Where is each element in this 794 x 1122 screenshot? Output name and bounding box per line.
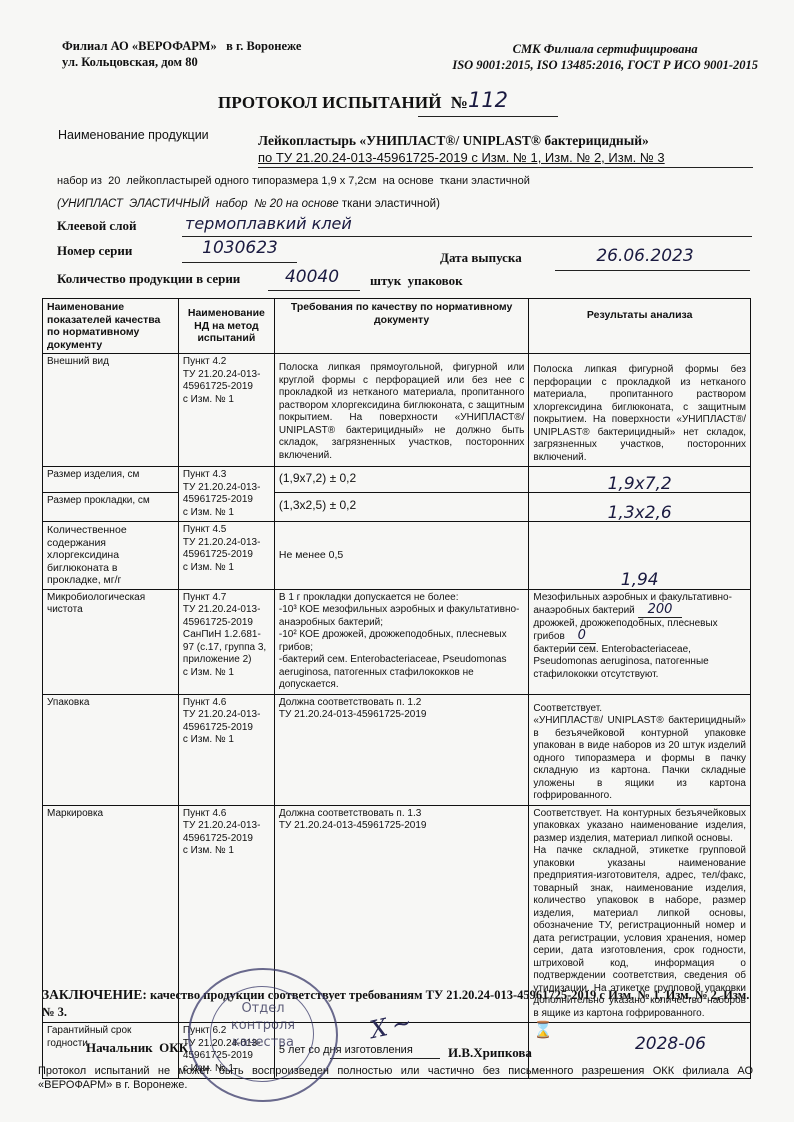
result-marking-p1: Соответствует. На контурных безъячейковы… — [533, 808, 746, 846]
table-row: Размер изделия, см Пункт 4.3 ТУ 21.20.24… — [43, 467, 751, 493]
release-date-label: Дата выпуска — [440, 250, 522, 266]
result-yeast-label: дрожжей, дрожжеподобных, плесневых грибо… — [533, 618, 717, 643]
signer-name: И.В.Хрипкова — [448, 1045, 532, 1061]
result-bacteria: бактерии сем. Enterobacteriaceae, Pseudo… — [533, 644, 708, 680]
product-name: Лейкопластырь «УНИПЛАСТ®/ UNIPLAST® бакт… — [258, 133, 649, 149]
expiry-value: 2028-06 — [533, 1038, 746, 1051]
table-row: Размер прокладки, см (1,3х2,5) ± 0,2 1,3… — [43, 493, 751, 522]
result-cell: 1,9х7,2 — [529, 467, 751, 493]
result-cell: 1,3х2,6 — [529, 493, 751, 522]
series-label: Номер серии — [57, 243, 132, 259]
org-address: ул. Кольцовская, дом 80 — [62, 54, 301, 70]
release-date-underline — [555, 270, 750, 271]
set-name: (УНИПЛАСТ ЭЛАСТИЧНЫЙ набор № 20 на основ… — [57, 198, 440, 210]
conclusion-label: ЗАКЛЮЧЕНИЕ: — [42, 987, 147, 1002]
requirement-cell: В 1 г прокладки допускается не более: -1… — [274, 589, 529, 694]
header-method: Наименование НД на метод испытаний — [178, 299, 274, 354]
indicator-cell: Микробиологическая чистота — [43, 589, 179, 694]
quantity-unit: штук упаковок — [370, 273, 463, 289]
series-value: 1030623 — [185, 238, 295, 258]
result-cell: Соответствует. «УНИПЛАСТ®/ UNIPLAST® бак… — [529, 694, 751, 805]
cert-line1: СМК Филиала сертифицирована — [452, 41, 758, 57]
table-header-row: Наименование показателей качества по нор… — [43, 299, 751, 354]
header-result: Результаты анализа — [529, 299, 751, 354]
indicator-cell: Размер изделия, см — [43, 467, 179, 493]
result-cell: Полоска липкая фигурной формы без перфор… — [529, 354, 751, 467]
method-cell: Пункт 4.6 ТУ 21.20.24-013-45961725-2019 … — [178, 694, 274, 805]
indicator-cell: Количественное содержания хлоргексидина … — [43, 522, 179, 590]
divider — [258, 167, 753, 168]
product-label: Наименование продукции — [58, 128, 209, 142]
test-results-table: Наименование показателей качества по нор… — [42, 298, 751, 1079]
result-cell: 1,94 — [529, 522, 751, 590]
stamp-text-line3: качества — [190, 1034, 336, 1051]
stamp-text: Отдел контроля качества — [190, 1000, 336, 1051]
requirement-cell: Должна соответствовать п. 1.2 ТУ 21.20.2… — [274, 694, 529, 805]
result-yeast-value: 0 — [568, 628, 596, 644]
footnote: Протокол испытаний не может быть воспрои… — [38, 1064, 753, 1092]
table-row: Количественное содержания хлоргексидина … — [43, 522, 751, 590]
product-tu: по ТУ 21.20.24-013-45961725-2019 с Изм. … — [258, 150, 665, 165]
method-cell: Пункт 4.2 ТУ 21.20.24-013-45961725-2019 … — [178, 354, 274, 467]
result-mesophilic-value: 200 — [638, 602, 683, 618]
indicator-cell: Упаковка — [43, 694, 179, 805]
chief-position: Начальник ОКК — [86, 1040, 188, 1056]
requirement-cell: Полоска липкая прямоугольной, фигурной и… — [274, 354, 529, 467]
signature-line — [330, 1058, 440, 1059]
table-row: Микробиологическая чистота Пункт 4.7 ТУ … — [43, 589, 751, 694]
method-cell: Пункт 4.5 ТУ 21.20.24-013-45961725-2019 … — [178, 522, 274, 590]
quantity-value: 40040 — [272, 267, 352, 287]
quantity-underline — [268, 290, 360, 291]
adhesive-value: термоплавкий клей — [185, 214, 485, 233]
requirement-cell: Не менее 0,5 — [274, 522, 529, 590]
stamp-text-line1: Отдел — [190, 1000, 336, 1017]
cert-line2: ISO 9001:2015, ISO 13485:2016, ГОСТ Р ИС… — [452, 57, 758, 73]
header-requirement: Требования по качеству по нормативному д… — [274, 299, 529, 354]
result-mesophilic-label: Мезофильных аэробных и факультативно-ана… — [533, 592, 732, 617]
stamp-text-line2: контроля — [190, 1017, 336, 1034]
requirement-cell: (1,3х2,5) ± 0,2 — [274, 493, 529, 522]
set-name-italic: (УНИПЛАСТ ЭЛАСТИЧНЫЙ набор № 20 на основ… — [57, 198, 339, 210]
table-row: Внешний вид Пункт 4.2 ТУ 21.20.24-013-45… — [43, 354, 751, 467]
organization-header: Филиал АО «ВЕРОФАРМ» в г. Воронеже ул. К… — [62, 38, 301, 70]
table-row: Упаковка Пункт 4.6 ТУ 21.20.24-013-45961… — [43, 694, 751, 805]
set-description: набор из 20 лейкопластырей одного типора… — [57, 175, 530, 187]
indicator-cell: Внешний вид — [43, 354, 179, 467]
set-name-rest: ткани эластичной) — [339, 198, 440, 210]
protocol-number: 112 — [418, 88, 558, 117]
header-indicator: Наименование показателей качества по нор… — [43, 299, 179, 354]
method-cell: Пункт 4.7 ТУ 21.20.24-013-45961725-2019 … — [178, 589, 274, 694]
org-name: Филиал АО «ВЕРОФАРМ» в г. Воронеже — [62, 38, 301, 54]
method-cell: Пункт 4.3 ТУ 21.20.24-013-45961725-2019 … — [178, 467, 274, 522]
result-cell: Мезофильных аэробных и факультативно-ана… — [529, 589, 751, 694]
release-date-value: 26.06.2023 — [565, 246, 725, 266]
certification-header: СМК Филиала сертифицирована ISO 9001:201… — [452, 41, 758, 73]
indicator-cell: Размер прокладки, см — [43, 493, 179, 522]
requirement-cell: (1,9х7,2) ± 0,2 — [274, 467, 529, 493]
adhesive-label: Клеевой слой — [57, 218, 137, 234]
series-underline — [182, 262, 297, 263]
quantity-label: Количество продукции в серии — [57, 271, 240, 287]
adhesive-underline — [182, 236, 752, 237]
